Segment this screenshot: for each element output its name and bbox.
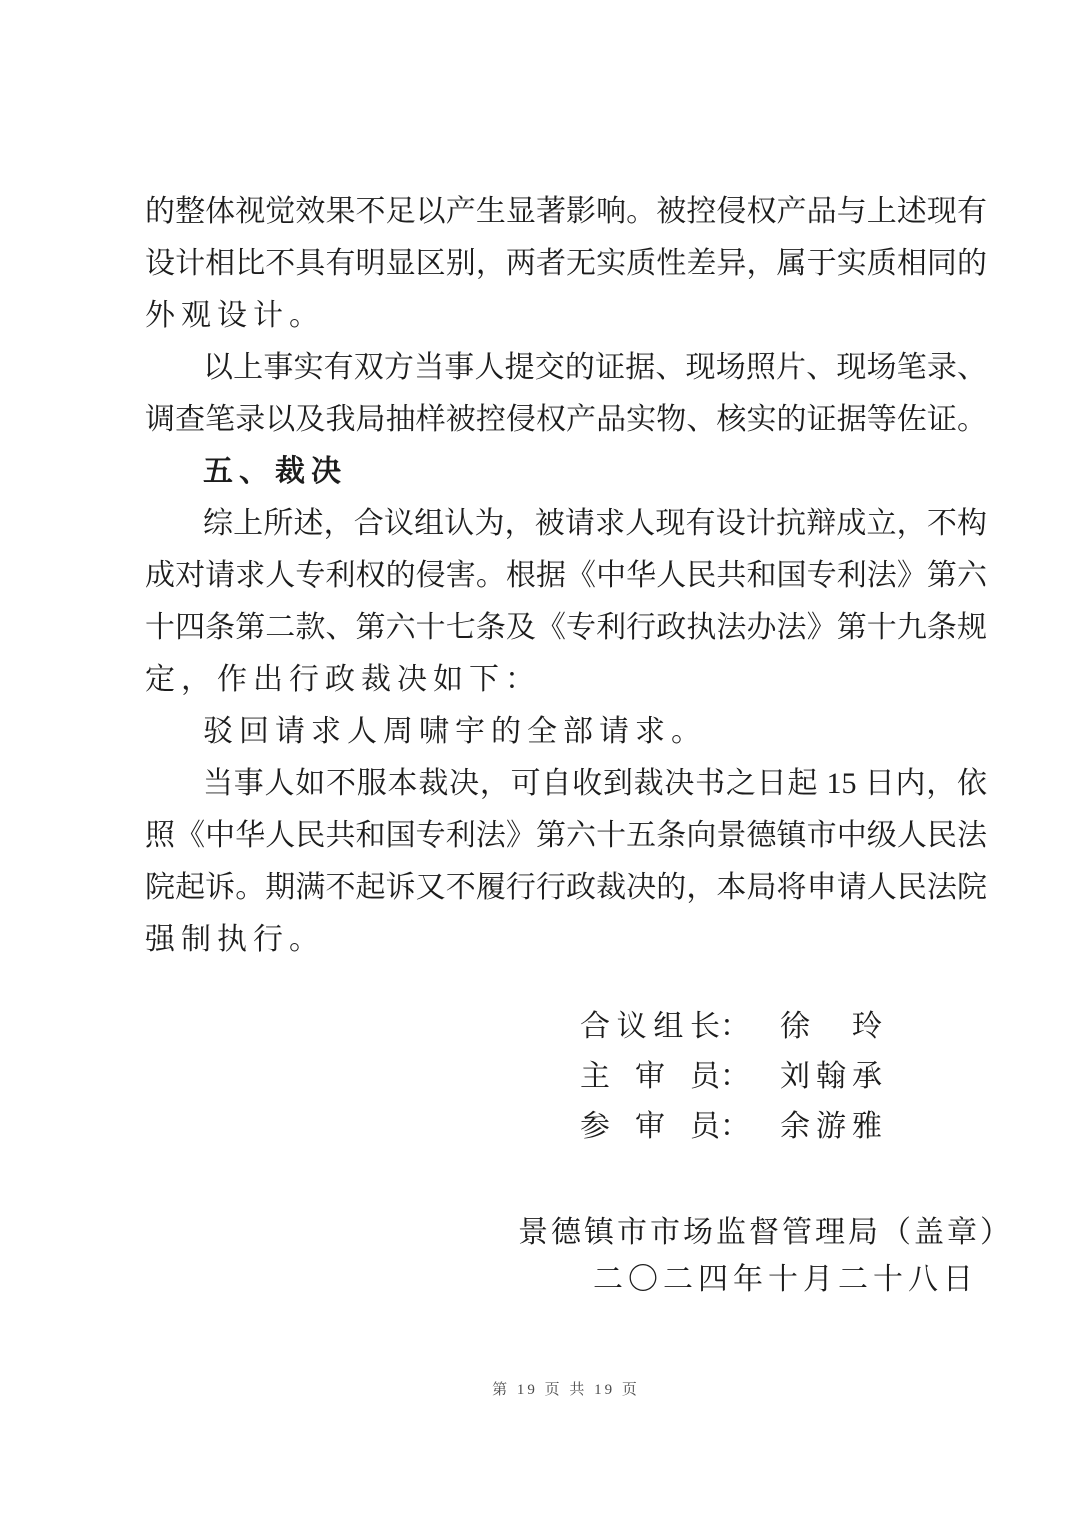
section-heading-ruling: 五、裁决	[145, 446, 987, 498]
signature-colon: ：	[720, 1052, 750, 1102]
body-line: 外观设计。	[145, 290, 987, 342]
body-line: 以上事实有双方当事人提交的证据、现场照片、现场笔录、	[145, 342, 987, 394]
body-line: 综上所述，合议组认为，被请求人现有设计抗辩成立，不构	[145, 498, 987, 550]
body-line: 的整体视觉效果不足以产生显著影响。被控侵权产品与上述现有	[145, 186, 987, 238]
signature-row-panel-chief: 合议组长：徐 玲	[580, 1002, 888, 1052]
signature-colon: ：	[720, 1002, 750, 1052]
body-line: 当事人如不服本裁决，可自收到裁决书之日起 15 日内，依	[145, 758, 987, 810]
ruling-date: 二〇二四年十月二十八日	[593, 1255, 978, 1305]
body-line: 强制执行。	[145, 914, 987, 966]
signature-name: 刘翰承	[780, 1052, 888, 1102]
document-page: 的整体视觉效果不足以产生显著影响。被控侵权产品与上述现有 设计相比不具有明显区别…	[0, 0, 1074, 1520]
signature-name: 徐 玲	[780, 1002, 888, 1052]
page-number-footer: 第 19 页 共 19 页	[0, 1378, 1074, 1399]
body-line: 定，作出行政裁决如下：	[145, 654, 987, 706]
signature-colon: ：	[720, 1102, 750, 1152]
issuing-authority-stamp-line: 景德镇市市场监督管理局（盖章）	[518, 1208, 1013, 1258]
body-line: 设计相比不具有明显区别，两者无实质性差异，属于实质相同的	[145, 238, 987, 290]
signature-label: 主审员	[580, 1052, 720, 1102]
signature-label: 合议组长	[580, 1002, 720, 1052]
signature-row-co-examiner: 参审员：余游雅	[580, 1102, 888, 1152]
signature-name: 余游雅	[780, 1102, 888, 1152]
body-line: 十四条第二款、第六十七条及《专利行政执法办法》第十九条规	[145, 602, 987, 654]
body-line: 调查笔录以及我局抽样被控侵权产品实物、核实的证据等佐证。	[145, 394, 987, 446]
body-line: 成对请求人专利权的侵害。根据《中华人民共和国专利法》第六	[145, 550, 987, 602]
signature-label: 参审员	[580, 1102, 720, 1152]
body-line: 院起诉。期满不起诉又不履行行政裁决的，本局将申请人民法院	[145, 862, 987, 914]
body-line: 照《中华人民共和国专利法》第六十五条向景德镇市中级人民法	[145, 810, 987, 862]
ruling-body: 的整体视觉效果不足以产生显著影响。被控侵权产品与上述现有 设计相比不具有明显区别…	[145, 186, 987, 966]
signature-block: 合议组长：徐 玲 主审员：刘翰承 参审员：余游雅	[580, 1002, 888, 1152]
signature-row-chief-examiner: 主审员：刘翰承	[580, 1052, 888, 1102]
body-line: 驳回请求人周啸宇的全部请求。	[145, 706, 987, 758]
